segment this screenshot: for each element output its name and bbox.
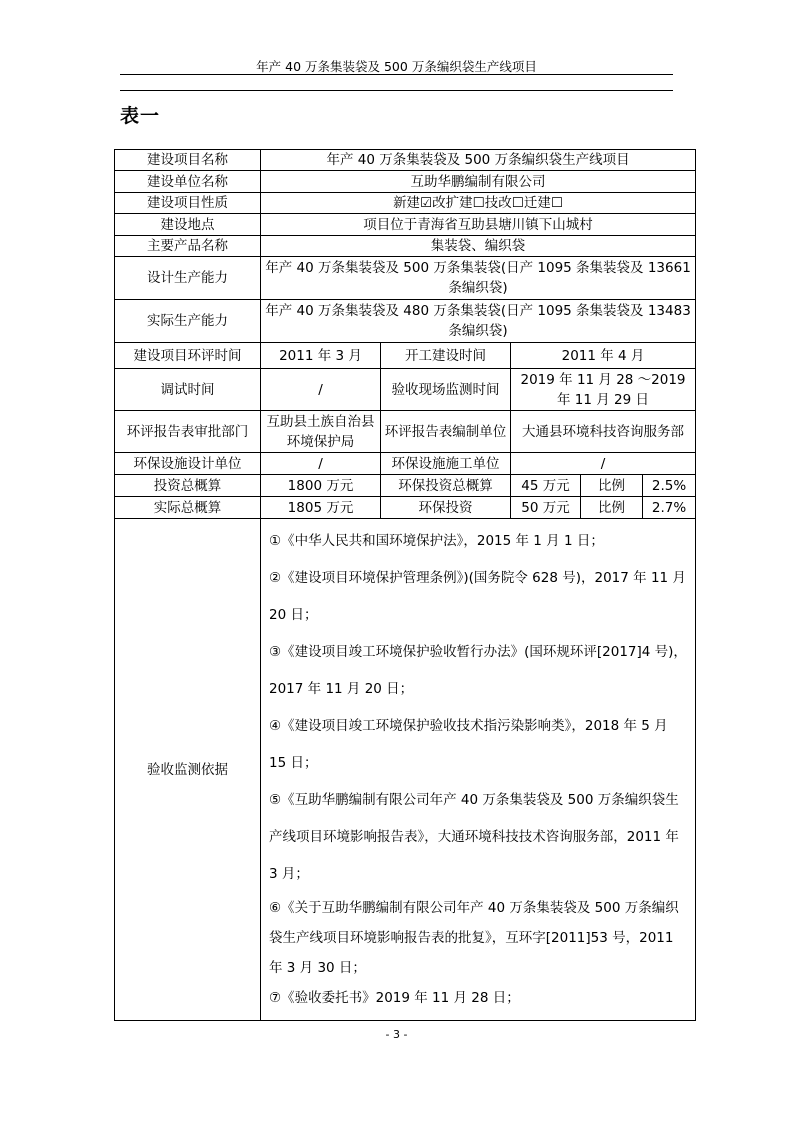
row-label: 环保设施设计单位: [115, 453, 261, 475]
table-row: 调试时间 / 验收现场监测时间 2019 年 11 月 28 ～2019 年 1…: [115, 369, 696, 411]
design-capacity-value: 年产 40 万条集装袋及 500 万条集装袋(日产 1095 条集装袋及 136…: [261, 257, 696, 300]
ratio-label: 比例: [581, 497, 643, 519]
table-row: 环保设施设计单位 / 环保设施施工单位 /: [115, 453, 696, 475]
row-label: 环评报告表编制单位: [381, 411, 511, 453]
project-name-value: 年产 40 万条集装袋及 500 万条编织袋生产线项目: [261, 150, 696, 171]
facility-design-value: /: [261, 453, 381, 475]
table-row: 投资总概算 1800 万元 环保投资总概算 45 万元 比例 2.5%: [115, 475, 696, 497]
row-label: 建设项目性质: [115, 193, 261, 214]
row-label: 调试时间: [115, 369, 261, 411]
row-label: 投资总概算: [115, 475, 261, 497]
table-row: 环评报告表审批部门 互助县土族自治县环境保护局 环评报告表编制单位 大通县环境科…: [115, 411, 696, 453]
facility-construction-value: /: [511, 453, 696, 475]
row-label: 环保投资总概算: [381, 475, 511, 497]
approval-dept-value: 互助县土族自治县环境保护局: [261, 411, 381, 453]
row-label: 环保设施施工单位: [381, 453, 511, 475]
basis-item: ④《建设项目竣工环境保护验收技术指污染影响类》，2018 年 5 月 15 日；: [269, 708, 689, 782]
report-author-value: 大通县环境科技咨询服务部: [511, 411, 696, 453]
basis-item: ⑥《关于互助华鹏编制有限公司年产 40 万条集装袋及 500 万条编织袋生产线项…: [269, 893, 689, 983]
basis-item: ⑦《验收委托书》2019 年 11 月 28 日；: [269, 983, 689, 1013]
row-label: 开工建设时间: [381, 343, 511, 369]
basis-item: ⑤《互助华鹏编制有限公司年产 40 万条集装袋及 500 万条编织袋生产线项目环…: [269, 782, 689, 893]
construction-start-value: 2011 年 4 月: [511, 343, 696, 369]
row-label: 环保投资: [381, 497, 511, 519]
row-label: 主要产品名称: [115, 236, 261, 257]
row-label: 建设单位名称: [115, 171, 261, 193]
table-row: 主要产品名称 集装袋、编织袋: [115, 236, 696, 257]
page-number: - 3 -: [0, 1028, 793, 1041]
row-label: 建设项目名称: [115, 150, 261, 171]
product-value: 集装袋、编织袋: [261, 236, 696, 257]
project-nature-checkboxes: 新建☑改扩建☐技改☐迁建☐: [261, 193, 696, 214]
table-row: 建设项目环评时间 2011 年 3 月 开工建设时间 2011 年 4 月: [115, 343, 696, 369]
monitoring-time-value: 2019 年 11 月 28 ～2019 年 11 月 29 日: [511, 369, 696, 411]
header-rule-top: [120, 74, 673, 75]
row-label: 环评报告表审批部门: [115, 411, 261, 453]
table-row: 实际生产能力 年产 40 万条集装袋及 480 万条集装袋(日产 1095 条集…: [115, 300, 696, 343]
row-label: 实际总概算: [115, 497, 261, 519]
actual-investment-value: 1805 万元: [261, 497, 381, 519]
ratio-value: 2.5%: [643, 475, 696, 497]
header-rule-bottom: [120, 90, 673, 91]
project-info-table: 建设项目名称 年产 40 万条集装袋及 500 万条编织袋生产线项目 建设单位名…: [114, 149, 696, 1021]
location-value: 项目位于青海省互助县塘川镇下山城村: [261, 214, 696, 236]
basis-list: ①《中华人民共和国环境保护法》，2015 年 1 月 1 日； ②《建设项目环境…: [261, 519, 696, 1021]
ratio-value: 2.7%: [643, 497, 696, 519]
table-row: 实际总概算 1805 万元 环保投资 50 万元 比例 2.7%: [115, 497, 696, 519]
investment-value: 1800 万元: [261, 475, 381, 497]
unit-name-value: 互助华鹏编制有限公司: [261, 171, 696, 193]
table-row: 设计生产能力 年产 40 万条集装袋及 500 万条集装袋(日产 1095 条集…: [115, 257, 696, 300]
basis-item: ②《建设项目环境保护管理条例》)(国务院令 628 号)，2017 年 11 月…: [269, 560, 689, 634]
running-header-title: 年产 40 万条集装袋及 500 万条编织袋生产线项目: [120, 57, 673, 75]
table-row: 建设项目性质 新建☑改扩建☐技改☐迁建☐: [115, 193, 696, 214]
table-row: 建设单位名称 互助华鹏编制有限公司: [115, 171, 696, 193]
row-label: 设计生产能力: [115, 257, 261, 300]
actual-env-investment-value: 50 万元: [511, 497, 581, 519]
actual-capacity-value: 年产 40 万条集装袋及 480 万条集装袋(日产 1095 条集装袋及 134…: [261, 300, 696, 343]
table-row: 建设项目名称 年产 40 万条集装袋及 500 万条编织袋生产线项目: [115, 150, 696, 171]
row-label: 建设地点: [115, 214, 261, 236]
debug-time-value: /: [261, 369, 381, 411]
basis-item: ①《中华人民共和国环境保护法》，2015 年 1 月 1 日；: [269, 523, 689, 560]
env-investment-value: 45 万元: [511, 475, 581, 497]
eia-time-value: 2011 年 3 月: [261, 343, 381, 369]
section-title: 表一: [120, 101, 160, 128]
row-label: 验收监测依据: [115, 519, 261, 1021]
row-label: 验收现场监测时间: [381, 369, 511, 411]
table-row: 验收监测依据 ①《中华人民共和国环境保护法》，2015 年 1 月 1 日； ②…: [115, 519, 696, 1021]
basis-item: ③《建设项目竣工环境保护验收暂行办法》(国环规环评[2017]4 号)，2017…: [269, 634, 689, 708]
row-label: 建设项目环评时间: [115, 343, 261, 369]
ratio-label: 比例: [581, 475, 643, 497]
row-label: 实际生产能力: [115, 300, 261, 343]
table-row: 建设地点 项目位于青海省互助县塘川镇下山城村: [115, 214, 696, 236]
